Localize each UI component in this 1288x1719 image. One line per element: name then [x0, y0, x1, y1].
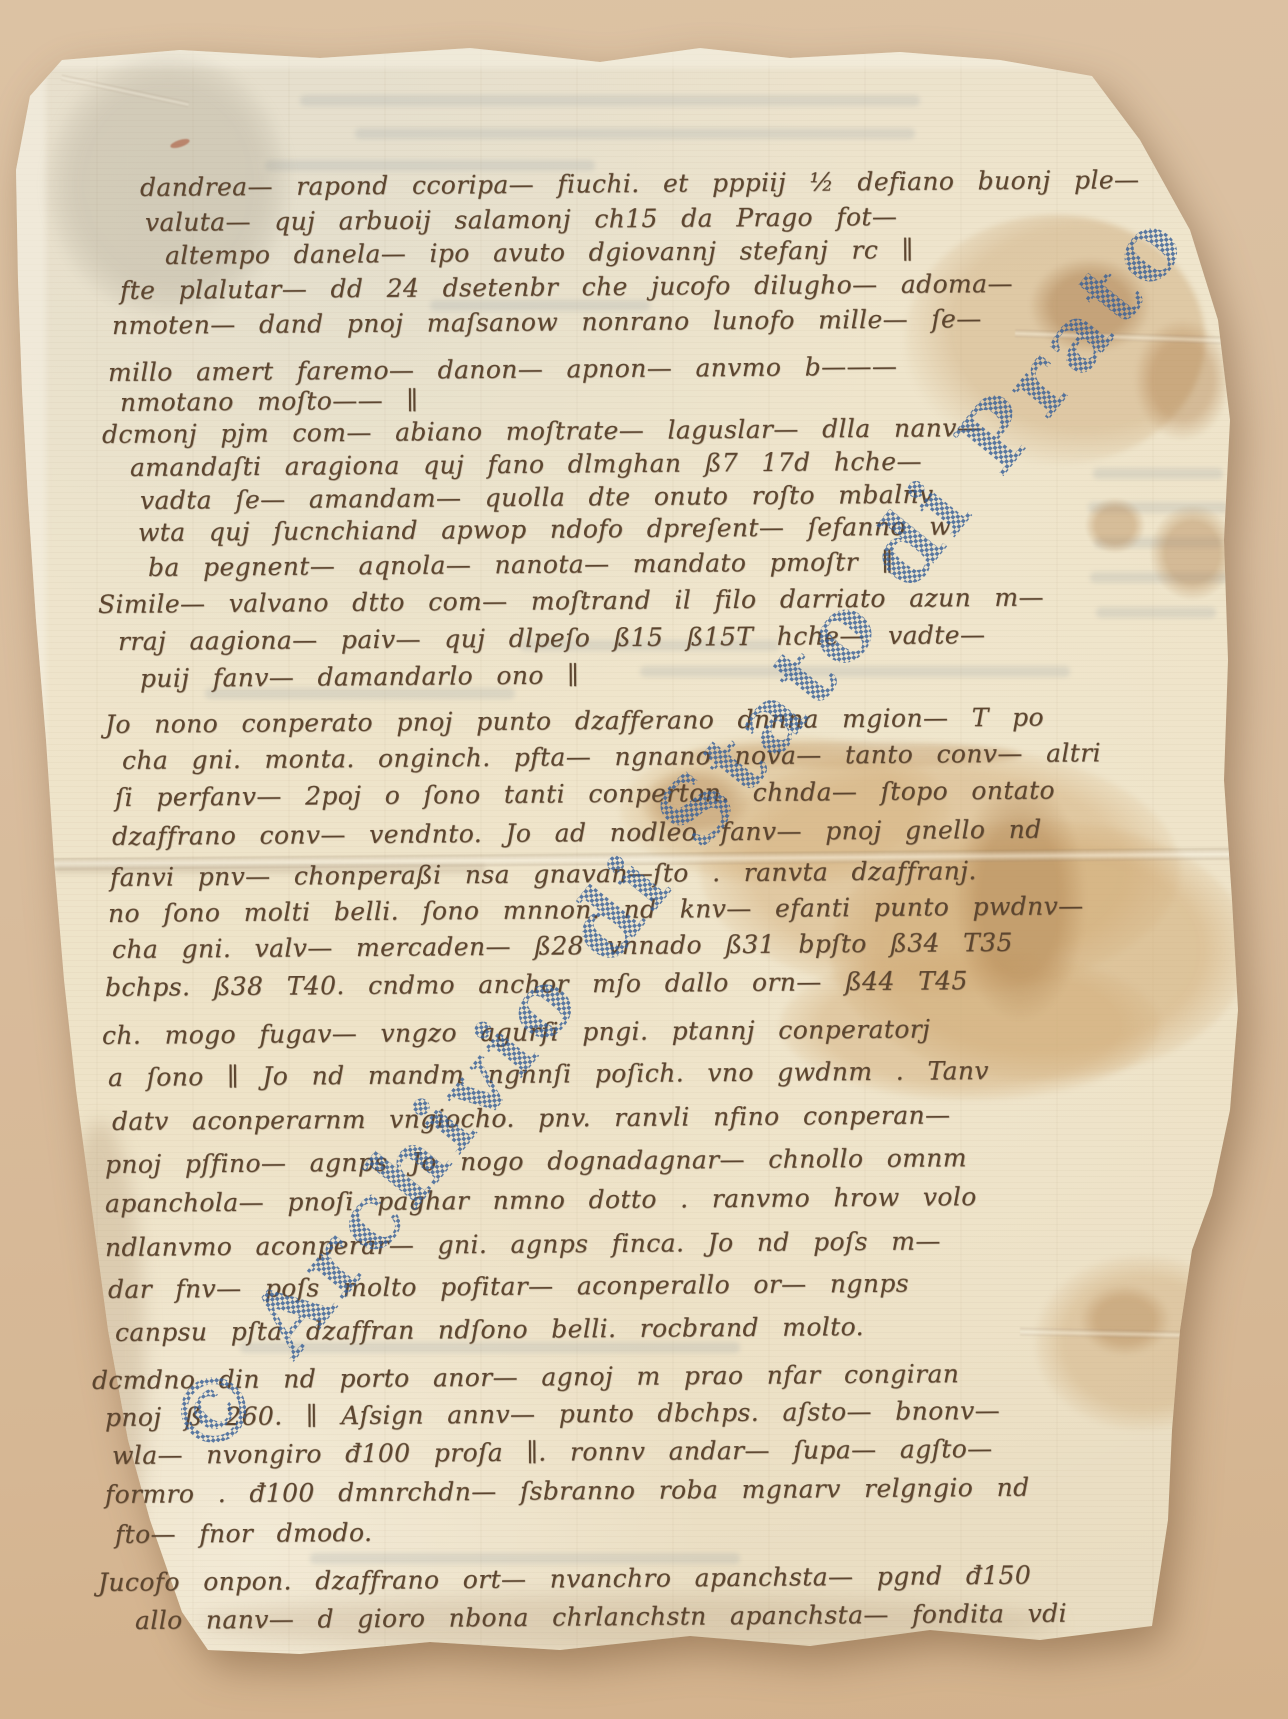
manuscript-line: allo nanv— d gioro nbona chrlanchstn apa… [135, 1601, 1067, 1633]
manuscript-line: dzaffrano conv— vendnto. Jo ad nodleo fa… [112, 817, 1042, 849]
manuscript-line: nmoten— dand pnoj maſsanow nonrano lunof… [112, 306, 982, 338]
manuscript-line: cha gni. monta. onginch. pfta— ngnano no… [122, 740, 1101, 773]
manuscript-line: fto— fnor dmodo. [115, 1520, 373, 1547]
manuscript-line: millo amert faremo— danon— apnon— anvmo … [108, 354, 897, 385]
scanned-document-page: dandrea— rapond ccoripa— fiuchi. et pppi… [0, 0, 1288, 1719]
manuscript-line: altempo danela— ipo avuto dgiovannj stef… [165, 237, 914, 268]
manuscript-line: pnoj pſfino— agnps Jo nogo dognadagnar— … [105, 1145, 967, 1177]
manuscript-line: ba pegnent— aqnola— nanota— mandato pmoſ… [148, 549, 894, 580]
manuscript-line: amandaſti aragiona quj fano dlmghan ß7 1… [130, 449, 922, 480]
manuscript-line: dandrea— rapond ccoripa— fiuchi. et pppi… [140, 167, 1140, 200]
manuscript-line: puij fanv— damandarlo ono ∥ [140, 663, 579, 691]
manuscript-line: valuta— quj arbuoij salamonj ch15 da Pra… [145, 204, 897, 235]
manuscript-line: formro . đ100 dmnrchdn— ſsbranno roba mg… [105, 1475, 1030, 1507]
manuscript-line: fte plalutar— dd 24 dsetenbr che jucofo … [120, 271, 1013, 303]
manuscript-line: Jucofo onpon. dzaffrano ort— nvanchro ap… [98, 1563, 1031, 1595]
manuscript-line: Jo nono conperato pnoj punto dzafferano … [105, 705, 1044, 737]
manuscript-line: apanchola— pnoſi paghar nmno dotto . ran… [105, 1184, 977, 1216]
manuscript-line: ndlanvmo aconperar— gni. agnps finca. Jo… [105, 1228, 941, 1260]
manuscript-line: fanvi pnv— chonperaßi nsa gnavan—ſto . r… [110, 858, 977, 890]
manuscript-line: vadta ſe— amandam— quolla dte onuto roſt… [140, 482, 934, 513]
manuscript-line: nmotano moſto—— ∥ [120, 388, 418, 415]
manuscript-line: ſi perfanv— 2poj o ſono tanti conperton.… [115, 778, 1055, 810]
manuscript-line: dcmonj pjm com— abiano moſtrate— lagusla… [102, 415, 982, 447]
